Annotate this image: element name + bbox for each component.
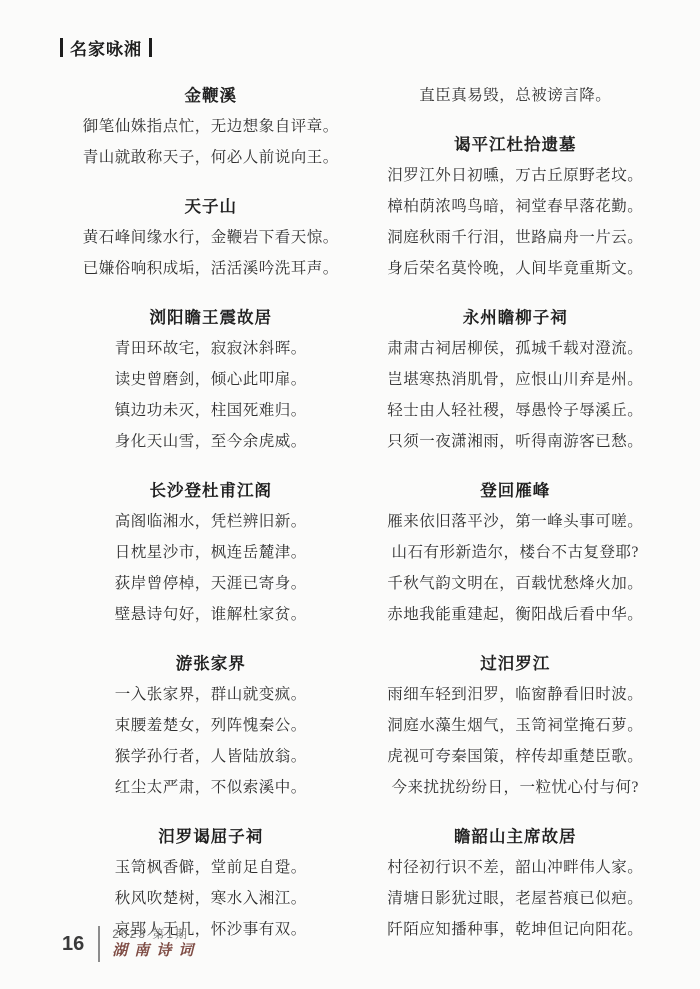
poem-block: 浏阳瞻王震故居青田环故宅，寂寂沐斜晖。读史曾磨剑，倾心此叩扉。镇边功未灭，柱国死…: [60, 302, 362, 457]
poem-title: 登回雁峰: [365, 475, 667, 506]
left-column: 金鞭溪御笔仙姝指点忙，无边想象自评章。青山就敢称天子，何必人前说向王。天子山黄石…: [60, 80, 362, 963]
verse-line: 村径初行识不差，韶山冲畔伟人家。: [365, 852, 667, 883]
section-header-label: 名家咏湘: [70, 35, 142, 60]
journal-page: 名家咏湘 金鞭溪御笔仙姝指点忙，无边想象自评章。青山就敢称天子，何必人前说向王。…: [0, 0, 700, 989]
verse-line: 青田环故宅，寂寂沐斜晖。: [60, 333, 362, 364]
poem-block: 谒平江杜拾遗墓汨罗江外日初曛，万古丘原野老坟。樟柏荫浓鸣鸟暗，祠堂春早落花勤。洞…: [365, 129, 667, 284]
right-column: 直臣真易毁，总被谤言降。谒平江杜拾遗墓汨罗江外日初曛，万古丘原野老坟。樟柏荫浓鸣…: [365, 80, 667, 963]
verse-line: 猴学孙行者，人皆陆放翁。: [60, 741, 362, 772]
header-rule-left-icon: [60, 38, 63, 57]
poem-title: 过汨罗江: [365, 648, 667, 679]
verse-line: 轻士由人轻社稷，辱愚怜子辱溪丘。: [365, 395, 667, 426]
poem-block: 长沙登杜甫江阁高阁临湘水，凭栏辨旧新。日枕星沙市，枫连岳麓津。荻岸曾停棹，天涯已…: [60, 475, 362, 630]
verse-line: 荻岸曾停棹，天涯已寄身。: [60, 568, 362, 599]
verse-line: 只须一夜潇湘雨，听得南游客已愁。: [365, 426, 667, 457]
page-footer: 16 2023 第1期 湖南诗词: [62, 926, 200, 962]
verse-line: 雁来依旧落平沙，第一峰头事可嗟。: [365, 506, 667, 537]
poem-block: 永州瞻柳子祠肃肃古祠居柳侯，孤城千载对澄流。岂堪寒热消肌骨，应恨山川弃是州。轻士…: [365, 302, 667, 457]
header-rule-right-icon: [149, 38, 152, 57]
poem-title: 游张家界: [60, 648, 362, 679]
verse-line: 身化天山雪，至今余虎威。: [60, 426, 362, 457]
verse-line: 镇边功未灭，柱国死难归。: [60, 395, 362, 426]
poem-columns: 金鞭溪御笔仙姝指点忙，无边想象自评章。青山就敢称天子，何必人前说向王。天子山黄石…: [60, 80, 666, 963]
poem-block: 游张家界一入张家界，群山就变疯。束腰羞楚女，列阵愧秦公。猴学孙行者，人皆陆放翁。…: [60, 648, 362, 803]
verse-line: 汨罗江外日初曛，万古丘原野老坟。: [365, 160, 667, 191]
verse-line: 黄石峰间缘水行，金鞭岩下看天惊。: [60, 222, 362, 253]
poem-block: 登回雁峰雁来依旧落平沙，第一峰头事可嗟。山石有形新造尔，楼台不古复登耶?千秋气韵…: [365, 475, 667, 630]
verse-line: 赤地我能重建起，衡阳战后看中华。: [365, 599, 667, 630]
verse-line: 阡陌应知播种事，乾坤但记向阳花。: [365, 914, 667, 945]
verse-line: 岂堪寒热消肌骨，应恨山川弃是州。: [365, 364, 667, 395]
verse-line: 肃肃古祠居柳侯，孤城千载对澄流。: [365, 333, 667, 364]
journal-name: 湖南诗词: [112, 942, 200, 961]
verse-line: 一入张家界，群山就变疯。: [60, 679, 362, 710]
verse-line: 已嫌俗响积成垢，活活溪吟洗耳声。: [60, 253, 362, 284]
verse-line: 雨细车轻到汨罗，临窗静看旧时波。: [365, 679, 667, 710]
footer-meta: 2023 第1期 湖南诗词: [112, 927, 200, 961]
verse-line: 青山就敢称天子，何必人前说向王。: [60, 142, 362, 173]
section-header: 名家咏湘: [60, 36, 666, 58]
verse-line: 壁悬诗句好，谁解杜家贫。: [60, 599, 362, 630]
verse-line: 今来扰扰纷纷日，一粒忧心付与何?: [365, 772, 667, 803]
poem-title: 金鞭溪: [60, 80, 362, 111]
poem-block: 过汨罗江雨细车轻到汨罗，临窗静看旧时波。洞庭水藻生烟气，玉笥祠堂掩石萝。虎视可夸…: [365, 648, 667, 803]
poem-title: 谒平江杜拾遗墓: [365, 129, 667, 160]
verse-line: 清塘日影犹过眼，老屋苔痕已似疤。: [365, 883, 667, 914]
verse-line: 束腰羞楚女，列阵愧秦公。: [60, 710, 362, 741]
verse-line: 读史曾磨剑，倾心此叩扉。: [60, 364, 362, 395]
poem-continuation-line: 直臣真易毁，总被谤言降。: [365, 80, 667, 111]
poem-block: 天子山黄石峰间缘水行，金鞭岩下看天惊。已嫌俗响积成垢，活活溪吟洗耳声。: [60, 191, 362, 284]
verse-line: 秋风吹楚树，寒水入湘江。: [60, 883, 362, 914]
poem-title: 汨罗谒屈子祠: [60, 821, 362, 852]
poem-title: 天子山: [60, 191, 362, 222]
verse-line: 红尘太严肃，不似索溪中。: [60, 772, 362, 803]
verse-line: 千秋气韵文明在，百载忧愁烽火加。: [365, 568, 667, 599]
issue-label: 2023 第1期: [112, 927, 200, 942]
verse-line: 虎视可夸秦国策，梓传却重楚臣歌。: [365, 741, 667, 772]
poem-title: 瞻韶山主席故居: [365, 821, 667, 852]
verse-line: 日枕星沙市，枫连岳麓津。: [60, 537, 362, 568]
verse-line: 洞庭秋雨千行泪，世路扁舟一片云。: [365, 222, 667, 253]
poem-block: 瞻韶山主席故居村径初行识不差，韶山冲畔伟人家。清塘日影犹过眼，老屋苔痕已似疤。阡…: [365, 821, 667, 945]
verse-line: 高阁临湘水，凭栏辨旧新。: [60, 506, 362, 537]
verse-line: 御笔仙姝指点忙，无边想象自评章。: [60, 111, 362, 142]
poem-title: 浏阳瞻王震故居: [60, 302, 362, 333]
verse-line: 山石有形新造尔，楼台不古复登耶?: [365, 537, 667, 568]
verse-line: 玉笥枫香僻，堂前足自跫。: [60, 852, 362, 883]
footer-divider: [98, 926, 100, 962]
poem-title: 永州瞻柳子祠: [365, 302, 667, 333]
verse-line: 洞庭水藻生烟气，玉笥祠堂掩石萝。: [365, 710, 667, 741]
poem-block: 金鞭溪御笔仙姝指点忙，无边想象自评章。青山就敢称天子，何必人前说向王。: [60, 80, 362, 173]
verse-line: 樟柏荫浓鸣鸟暗，祠堂春早落花勤。: [365, 191, 667, 222]
poem-title: 长沙登杜甫江阁: [60, 475, 362, 506]
verse-line: 身后荣名莫怜晚，人间毕竟重斯文。: [365, 253, 667, 284]
page-number: 16: [62, 933, 84, 956]
